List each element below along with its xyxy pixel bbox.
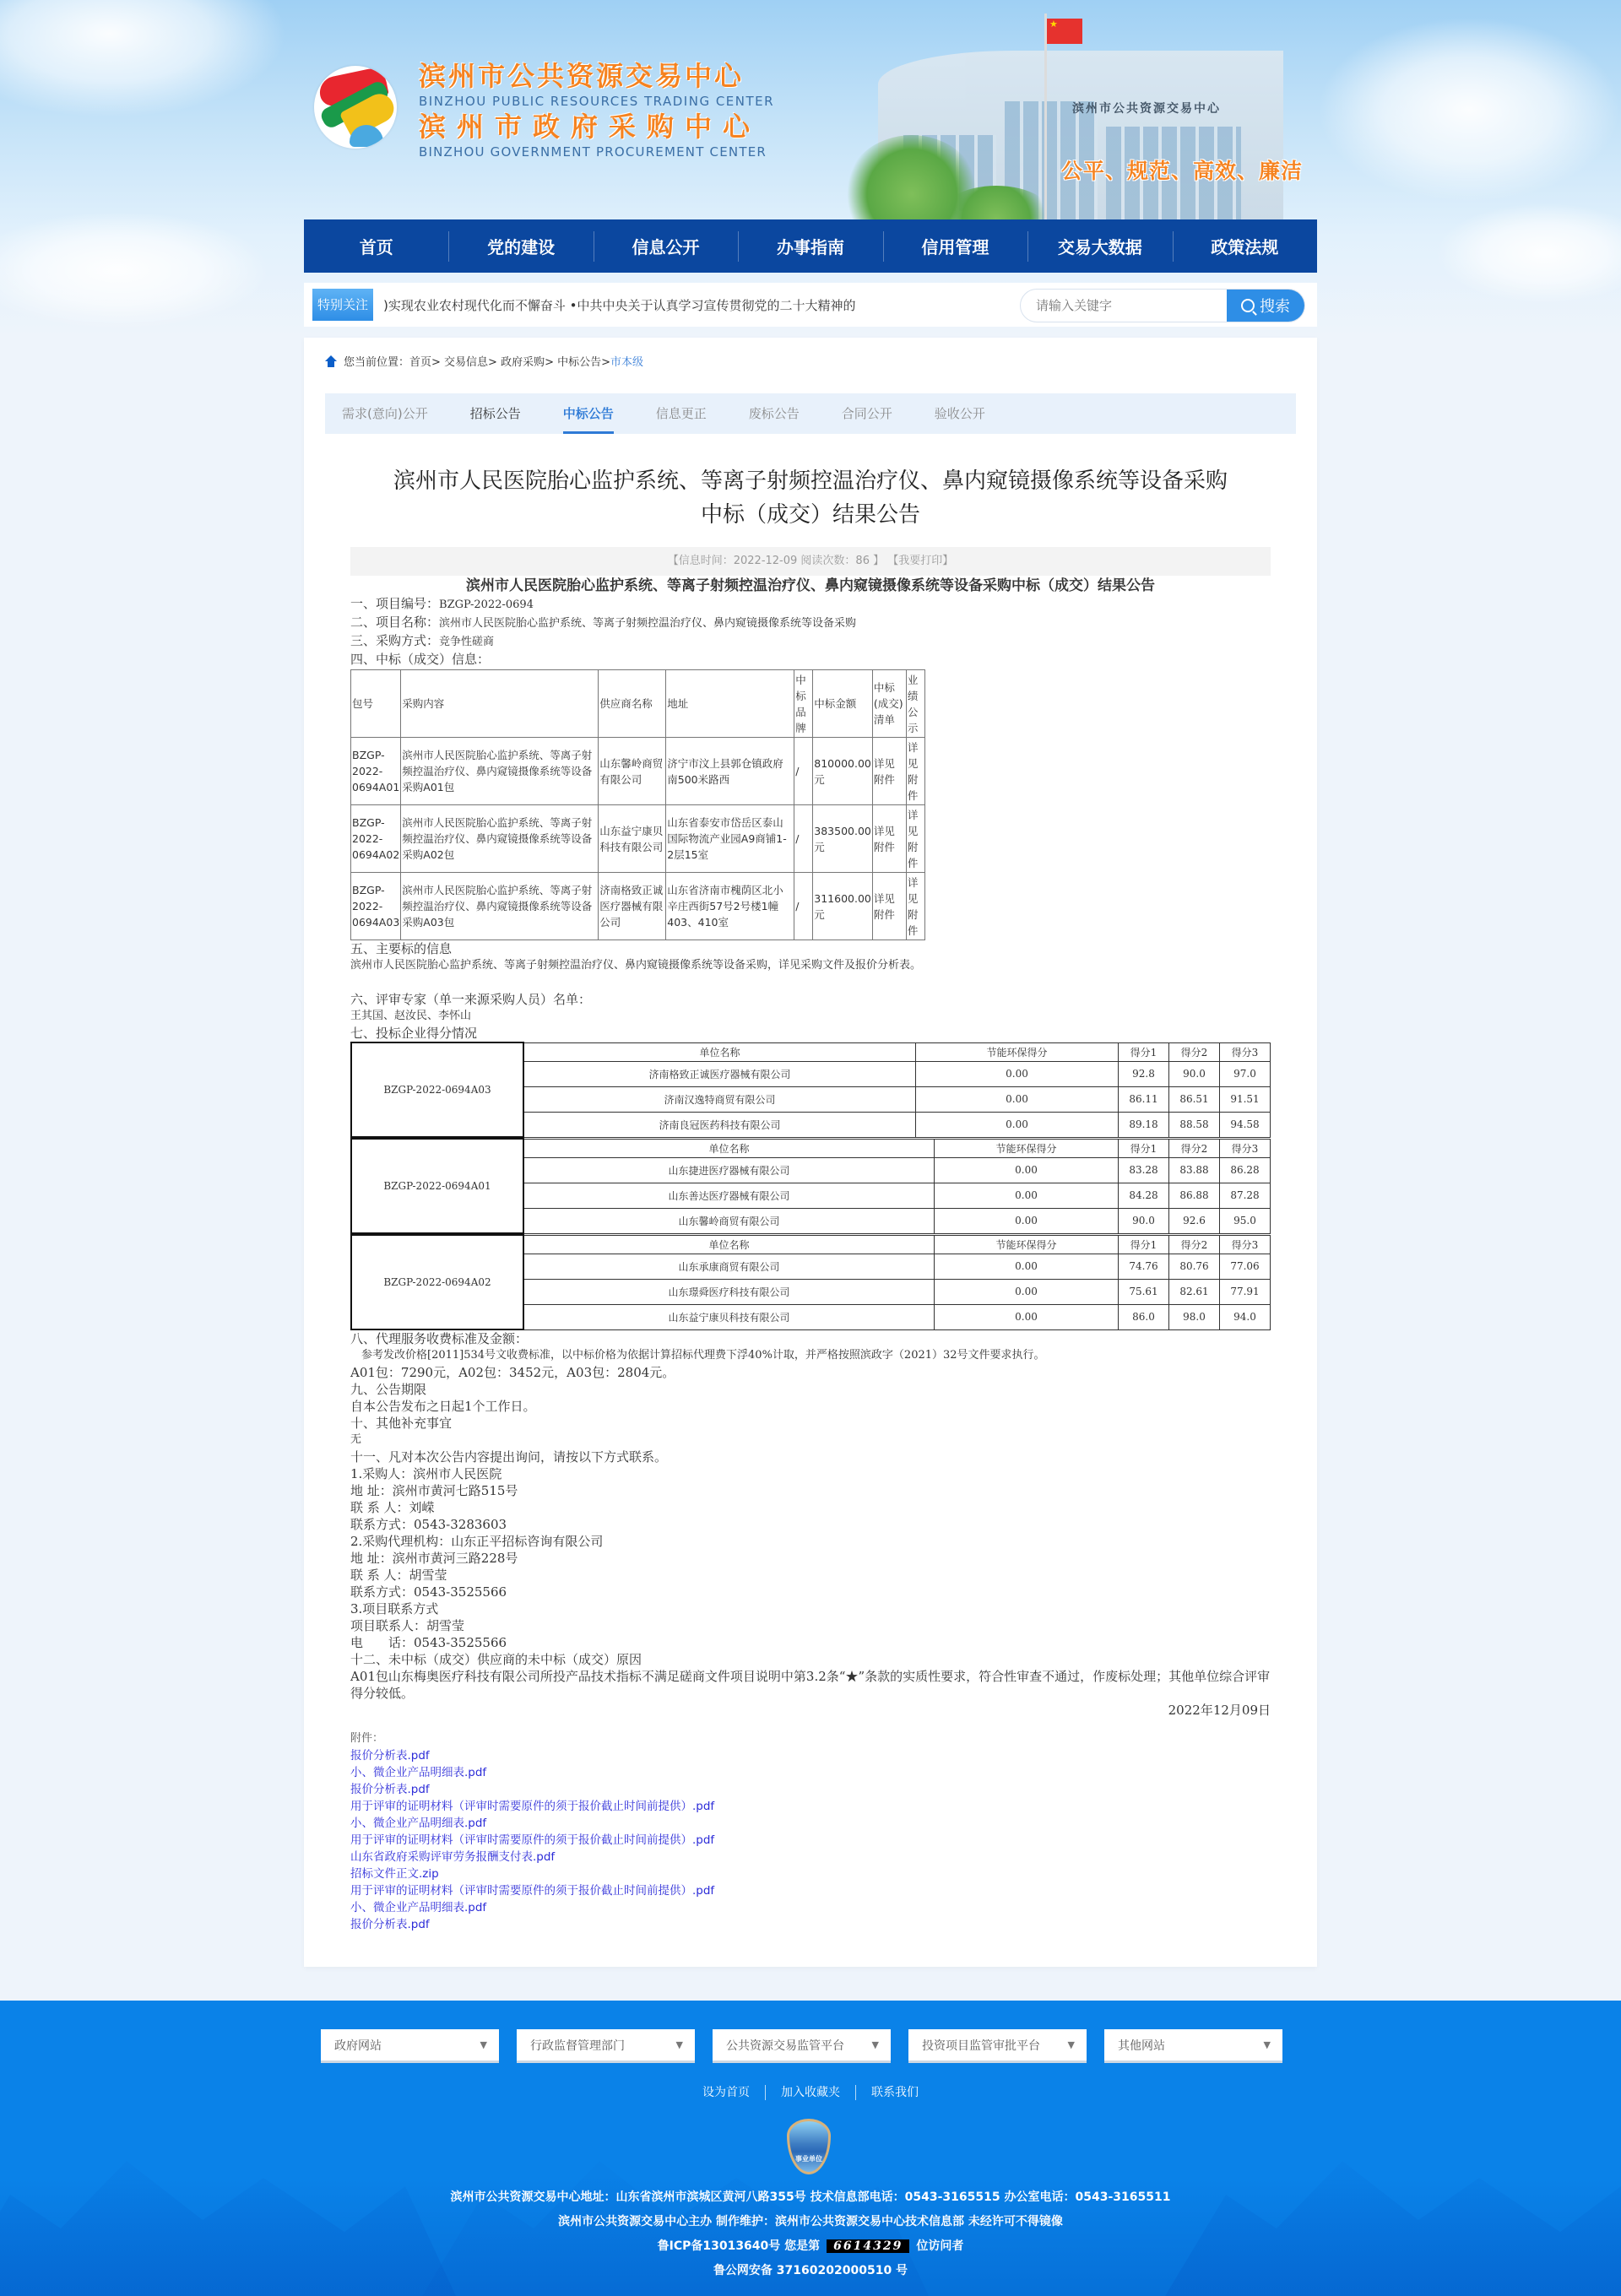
table-cell: 滨州市人民医院胎心监护系统、等离子射频控温治疗仪、鼻内窥镜摄像系统等设备采购A0…: [401, 873, 599, 940]
chevron-down-icon: ▼: [480, 2039, 487, 2050]
table-cell: 810000.00元: [813, 738, 873, 805]
nav-item-policy[interactable]: 政策法规: [1173, 219, 1317, 273]
tab-award-notice[interactable]: 中标公告: [563, 393, 614, 434]
table-cell: 86.51: [1169, 1086, 1220, 1112]
table-row: BZGP-2022-0694A02滨州市人民医院胎心监护系统、等离子射频控温治疗…: [351, 805, 925, 873]
table-cell: 0.00: [935, 1304, 1119, 1329]
table-cell: 98.0: [1169, 1304, 1220, 1329]
table-cell: 济南良冠医药科技有限公司: [523, 1112, 916, 1137]
col-header: 包号: [351, 670, 401, 738]
select-investment-approval[interactable]: 投资项目监管审批平台▼: [908, 2029, 1087, 2063]
table-cell: 83.28: [1119, 1157, 1169, 1183]
article-meta: 【信息时间：2022-12-09 阅读次数：86 】 【我要打印】: [350, 547, 1271, 576]
col-header: 单位名称: [523, 1235, 935, 1254]
section-label: 五、主要标的信息: [350, 940, 1271, 957]
table-cell: 济南格致正诚医疗器械有限公司: [599, 873, 666, 940]
nav-item-service-guide[interactable]: 办事指南: [738, 219, 882, 273]
table-cell: 86.88: [1169, 1183, 1220, 1208]
footer-sponsor: 滨州市公共资源交易中心主办 制作维护：滨州市公共资源交易中心技术信息部 未经许可…: [0, 2212, 1621, 2229]
table-cell: 山东益宁康贝科技有限公司: [599, 805, 666, 873]
table-cell: 山东馨岭商贸有限公司: [523, 1208, 935, 1233]
col-header: 得分2: [1169, 1139, 1220, 1157]
footer-links: 设为首页加入收藏夹联系我们: [0, 2083, 1621, 2100]
breadcrumb: 您当前位置： 首页> 交易信息> 政府采购> 中标公告> 市本级: [325, 353, 643, 369]
attachment-link[interactable]: 山东省政府采购评审劳务报酬支付表.pdf: [350, 1849, 1271, 1865]
table-cell: 84.28: [1119, 1183, 1169, 1208]
footer-link-selects: 政府网站▼ 行政监督管理部门▼ 公共资源交易监管平台▼ 投资项目监管审批平台▼ …: [321, 2029, 1282, 2063]
col-header: 节能环保得分: [916, 1042, 1119, 1061]
col-header: 节能环保得分: [935, 1139, 1119, 1157]
attachments: 附件： 报价分析表.pdf小、微企业产品明细表.pdf报价分析表.pdf用于评审…: [350, 1730, 1271, 1933]
table-cell: 75.61: [1119, 1279, 1169, 1304]
attachment-link[interactable]: 报价分析表.pdf: [350, 1747, 1271, 1764]
tab-tender-notice[interactable]: 招标公告: [470, 393, 521, 434]
contact-line: 项目联系人：胡雪莹: [350, 1617, 1271, 1634]
table-cell: 90.0: [1169, 1061, 1220, 1086]
select-supervision-depts[interactable]: 行政监督管理部门▼: [517, 2029, 695, 2063]
col-header: 得分3: [1220, 1042, 1271, 1061]
score-table: BZGP-2022-0694A03单位名称节能环保得分得分1得分2得分3济南格致…: [350, 1042, 1271, 1138]
table-cell: 0.00: [916, 1061, 1119, 1086]
table-cell: 山东捷进医疗器械有限公司: [523, 1157, 935, 1183]
table-cell: 0.00: [916, 1086, 1119, 1112]
table-cell: 95.0: [1220, 1208, 1271, 1233]
main-subject-info: 滨州市人民医院胎心监护系统、等离子射频控温治疗仪、鼻内窥镜摄像系统等设备采购，详…: [350, 957, 1271, 974]
section-label: 一、项目编号：: [350, 596, 439, 611]
table-cell: 详见附件: [872, 873, 906, 940]
tab-acceptance[interactable]: 验收公开: [935, 393, 985, 434]
table-cell: 87.28: [1220, 1183, 1271, 1208]
site-brand: 滨州市公共资源交易中心 BINZHOU PUBLIC RESOURCES TRA…: [419, 59, 774, 160]
contact-line: 联 系 人：胡雪莹: [350, 1567, 1271, 1584]
table-cell: 0.00: [916, 1112, 1119, 1137]
chevron-down-icon: ▼: [1068, 2039, 1075, 2050]
table-cell: /: [794, 805, 813, 873]
table-cell: 0.00: [935, 1183, 1119, 1208]
score-tables: BZGP-2022-0694A03单位名称节能环保得分得分1得分2得分3济南格致…: [350, 1042, 1271, 1330]
table-cell: 详见附件: [906, 738, 924, 805]
col-header: 单位名称: [523, 1042, 916, 1061]
table-cell: 77.06: [1220, 1254, 1271, 1279]
nav-item-party-building[interactable]: 党的建设: [448, 219, 593, 273]
section-label: 四、中标（成交）信息：: [350, 651, 1271, 668]
table-cell: 详见附件: [906, 873, 924, 940]
table-cell: /: [794, 873, 813, 940]
section-label: 十一、凡对本次公告内容提出询问，请按以下方式联系。: [350, 1449, 1271, 1465]
contact-line: 1.采购人：滨州市人民医院: [350, 1465, 1271, 1482]
org-name-cn-1: 滨州市公共资源交易中心: [419, 59, 774, 93]
footer-address: 滨州市公共资源交易中心地址：山东省滨州市滨城区黄河八路355号 技术信息部电话：…: [0, 2188, 1621, 2205]
table-cell: BZGP-2022-0694A03: [351, 873, 401, 940]
table-cell: 山东承康商贸有限公司: [523, 1254, 935, 1279]
table-row: BZGP-2022-0694A01滨州市人民医院胎心监护系统、等离子射频控温治疗…: [351, 738, 925, 805]
table-cell: 山东馨岭商贸有限公司: [599, 738, 666, 805]
agency-fee-standard: 参考发改价格[2011]534号文收费标准，以中标价格为依据计算招标代理费下浮4…: [350, 1347, 1271, 1364]
table-cell: 山东善达医疗器械有限公司: [523, 1183, 935, 1208]
chevron-down-icon: ▼: [872, 2039, 879, 2050]
icp-number[interactable]: 鲁ICP备13013640号 您是第: [658, 2239, 821, 2253]
table-cell: 山东璟舜医疗科技有限公司: [523, 1279, 935, 1304]
table-cell: 0.00: [935, 1157, 1119, 1183]
score-table: BZGP-2022-0694A02单位名称节能环保得分得分1得分2得分3山东承康…: [350, 1234, 1271, 1330]
attachment-link[interactable]: 小、微企业产品明细表.pdf: [350, 1764, 1271, 1781]
table-row: BZGP-2022-0694A03滨州市人民医院胎心监护系统、等离子射频控温治疗…: [351, 873, 925, 940]
select-label: 行政监督管理部门: [530, 2037, 625, 2054]
col-header: 得分2: [1169, 1235, 1220, 1254]
tab-correction[interactable]: 信息更正: [656, 393, 707, 434]
table-cell: 89.18: [1119, 1112, 1169, 1137]
col-header: 得分2: [1169, 1042, 1220, 1061]
search-input[interactable]: [1021, 290, 1227, 322]
package-number: BZGP-2022-0694A02: [351, 1235, 523, 1329]
contact-line: 联 系 人：刘嵘: [350, 1499, 1271, 1516]
attachment-link[interactable]: 用于评审的证明材料（评审时需要原件的须于报价截止时间前提供）.pdf: [350, 1798, 1271, 1815]
visitor-suffix: 位访问者: [916, 2239, 963, 2253]
tab-demand-disclosure[interactable]: 需求(意向)公开: [342, 393, 428, 434]
tab-failed-bid[interactable]: 废标公告: [749, 393, 800, 434]
table-header-row: 包号 采购内容 供应商名称 地址 中标品牌 中标金额 中标(成交)清单 业绩公示: [351, 670, 925, 738]
table-cell: BZGP-2022-0694A02: [351, 805, 401, 873]
table-cell: 83.88: [1169, 1157, 1220, 1183]
contact-info: 1.采购人：滨州市人民医院地 址：滨州市黄河七路515号联 系 人：刘嵘联系方式…: [350, 1465, 1271, 1651]
score-table: BZGP-2022-0694A01单位名称节能环保得分得分1得分2得分3山东捷进…: [350, 1138, 1271, 1234]
attachment-link[interactable]: 报价分析表.pdf: [350, 1916, 1271, 1933]
article-title-line1: 滨州市人民医院胎心监护系统、等离子射频控温治疗仪、鼻内窥镜摄像系统等设备采购: [355, 464, 1266, 498]
nav-item-info-disclosure[interactable]: 信息公开: [594, 219, 738, 273]
table-cell: 94.58: [1220, 1112, 1271, 1137]
nav-item-home[interactable]: 首页: [304, 219, 448, 273]
col-header: 中标品牌: [794, 670, 813, 738]
breadcrumb-current[interactable]: 市本级: [610, 353, 643, 369]
section-label: 三、采购方式：: [350, 633, 439, 648]
col-header: 得分3: [1220, 1139, 1271, 1157]
visitor-counter: 6614329: [827, 2239, 909, 2253]
building-sign: 滨州市公共资源交易中心: [1072, 100, 1221, 116]
table-cell: 82.61: [1169, 1279, 1220, 1304]
search-icon: [1241, 299, 1255, 312]
table-cell: 97.0: [1220, 1061, 1271, 1086]
search-button[interactable]: 搜索: [1227, 290, 1304, 322]
attachment-link[interactable]: 小、微企业产品明细表.pdf: [350, 1899, 1271, 1916]
chevron-down-icon: ▼: [676, 2039, 683, 2050]
select-gov-sites[interactable]: 政府网站▼: [321, 2029, 499, 2063]
section-label: 八、代理服务收费标准及金额：: [350, 1330, 1271, 1347]
public-institution-badge-icon[interactable]: 事业单位: [787, 2119, 831, 2174]
project-name: 滨州市人民医院胎心监护系统、等离子射频控温治疗仪、鼻内窥镜摄像系统等设备采购: [439, 617, 856, 630]
home-icon: [325, 355, 337, 367]
nav-item-big-data[interactable]: 交易大数据: [1027, 219, 1172, 273]
set-homepage-link[interactable]: 设为首页: [702, 2086, 750, 2099]
table-cell: 山东省济南市槐荫区北小辛庄西街57号2号楼1幢403、410室: [666, 873, 794, 940]
cloud-decoration: [0, 211, 270, 329]
notice-period: 自本公告发布之日起1个工作日。: [350, 1398, 1271, 1415]
col-header: 地址: [666, 670, 794, 738]
article-time-views: 【信息时间：2022-12-09 阅读次数：86 】: [668, 555, 884, 567]
col-header: 中标金额: [813, 670, 873, 738]
print-link[interactable]: 【我要打印】: [887, 555, 953, 567]
doc-heading: 滨州市人民医院胎心监护系统、等离子射频控温治疗仪、鼻内窥镜摄像系统等设备采购中标…: [350, 577, 1271, 595]
table-cell: 详见附件: [872, 805, 906, 873]
main-nav: 首页 党的建设 信息公开 办事指南 信用管理 交易大数据 政策法规: [304, 219, 1317, 273]
col-header: 得分1: [1119, 1042, 1169, 1061]
contact-line: 2.采购代理机构：山东正平招标咨询有限公司: [350, 1533, 1271, 1550]
select-label: 政府网站: [334, 2037, 382, 2054]
table-cell: 80.76: [1169, 1254, 1220, 1279]
contact-line: 地 址：滨州市黄河三路228号: [350, 1550, 1271, 1567]
section-label: 九、公告期限: [350, 1381, 1271, 1398]
breadcrumb-path[interactable]: 首页> 交易信息> 政府采购> 中标公告>: [409, 353, 610, 369]
table-cell: 91.51: [1220, 1086, 1271, 1112]
search-box: 搜索: [1020, 289, 1305, 322]
table-cell: BZGP-2022-0694A01: [351, 738, 401, 805]
table-cell: 94.0: [1220, 1304, 1271, 1329]
table-cell: 90.0: [1119, 1208, 1169, 1233]
package-number: BZGP-2022-0694A03: [351, 1042, 523, 1137]
contact-line: 联系方式：0543-3283603: [350, 1516, 1271, 1533]
org-name-en-1: BINZHOU PUBLIC RESOURCES TRADING CENTER: [419, 93, 774, 110]
section-label: 六、评审专家（单一来源采购人员）名单：: [350, 991, 1271, 1008]
col-header: 单位名称: [523, 1139, 935, 1157]
article-title-line2: 中标（成交）结果公告: [355, 498, 1266, 532]
cloud-decoration: [0, 0, 287, 118]
search-button-label: 搜索: [1260, 295, 1290, 317]
select-trading-supervision[interactable]: 公共资源交易监管平台▼: [713, 2029, 891, 2063]
flag-icon: [1047, 19, 1082, 44]
attachment-link[interactable]: 报价分析表.pdf: [350, 1781, 1271, 1798]
org-name-en-2: BINZHOU GOVERNMENT PROCUREMENT CENTER: [419, 143, 774, 160]
col-header: 中标(成交)清单: [872, 670, 906, 738]
table-cell: 311600.00元: [813, 873, 873, 940]
table-cell: 滨州市人民医院胎心监护系统、等离子射频控温治疗仪、鼻内窥镜摄像系统等设备采购A0…: [401, 738, 599, 805]
table-cell: 山东益宁康贝科技有限公司: [523, 1304, 935, 1329]
table-cell: 详见附件: [906, 805, 924, 873]
attachment-link[interactable]: 用于评审的证明材料（评审时需要原件的须于报价截止时间前提供）.pdf: [350, 1832, 1271, 1849]
table-cell: 山东省泰安市岱岳区泰山国际物流产业园A9商铺1-2层15室: [666, 805, 794, 873]
select-label: 公共资源交易监管平台: [726, 2037, 844, 2054]
table-cell: 济南汉逸特商贸有限公司: [523, 1086, 916, 1112]
col-header: 采购内容: [401, 670, 599, 738]
breadcrumb-prefix: 您当前位置：: [344, 353, 409, 369]
badge-label: 事业单位: [789, 2154, 828, 2163]
table-cell: 济宁市汶上县郭仓镇政府南500米路西: [666, 738, 794, 805]
package-number: BZGP-2022-0694A01: [351, 1139, 523, 1233]
contact-line: 3.项目联系方式: [350, 1600, 1271, 1617]
other-matters: 无: [350, 1432, 1271, 1449]
table-cell: /: [794, 738, 813, 805]
news-marquee[interactable]: )实现农业农村现代化而不懈奋斗 •中共中央关于认真学习宣传贯彻党的二十大精神的: [383, 296, 890, 314]
table-cell: 74.76: [1119, 1254, 1169, 1279]
select-label: 其他网站: [1118, 2037, 1165, 2054]
footer-police-record[interactable]: 鲁公网安备 37160202000510 号: [0, 2261, 1621, 2278]
table-cell: 92.6: [1169, 1208, 1220, 1233]
attachments-label: 附件：: [350, 1730, 1271, 1747]
col-header: 节能环保得分: [935, 1235, 1119, 1254]
contact-us-link[interactable]: 联系我们: [871, 2086, 919, 2099]
table-cell: 77.91: [1220, 1279, 1271, 1304]
slogan: 公平、规范、高效、廉洁: [1061, 154, 1303, 185]
table-cell: 86.11: [1119, 1086, 1169, 1112]
main-content: 您当前位置： 首页> 交易信息> 政府采购> 中标公告> 市本级 需求(意向)公…: [304, 338, 1317, 1967]
unsuccessful-reason: A01包山东梅奥医疗科技有限公司所投产品技术指标不满足磋商文件项目说明中第3.2…: [350, 1668, 1271, 1702]
attachment-link[interactable]: 小、微企业产品明细表.pdf: [350, 1815, 1271, 1832]
notice-bar: 特别关注 )实现农业农村现代化而不懈奋斗 •中共中央关于认真学习宣传贯彻党的二十…: [304, 283, 1317, 327]
org-name-cn-2: 滨州市政府采购中心: [419, 110, 774, 143]
category-tabs: 需求(意向)公开 招标公告 中标公告 信息更正 废标公告 合同公开 验收公开: [325, 393, 1296, 434]
select-other-sites[interactable]: 其他网站▼: [1104, 2029, 1282, 2063]
agency-fee-amounts: A01包：7290元，A02包：3452元，A03包：2804元。: [350, 1364, 1271, 1381]
table-cell: 滨州市人民医院胎心监护系统、等离子射频控温治疗仪、鼻内窥镜摄像系统等设备采购A0…: [401, 805, 599, 873]
col-header: 得分1: [1119, 1139, 1169, 1157]
award-table: 包号 采购内容 供应商名称 地址 中标品牌 中标金额 中标(成交)清单 业绩公示…: [350, 669, 925, 940]
contact-line: 联系方式：0543-3525566: [350, 1584, 1271, 1600]
attachment-link[interactable]: 用于评审的证明材料（评审时需要原件的须于报价截止时间前提供）.pdf: [350, 1882, 1271, 1899]
table-cell: 383500.00元: [813, 805, 873, 873]
attachment-link[interactable]: 招标文件正文.zip: [350, 1865, 1271, 1882]
site-logo[interactable]: [314, 66, 397, 149]
section-label: 七、投标企业得分情况: [350, 1025, 1271, 1042]
table-cell: 0.00: [935, 1279, 1119, 1304]
table-cell: 0.00: [935, 1254, 1119, 1279]
article-body: 滨州市人民医院胎心监护系统、等离子射频控温治疗仪、鼻内窥镜摄像系统等设备采购中标…: [350, 577, 1271, 1933]
col-header: 得分1: [1119, 1235, 1169, 1254]
contact-line: 地 址：滨州市黄河七路515号: [350, 1482, 1271, 1499]
table-cell: 86.28: [1220, 1157, 1271, 1183]
table-cell: 0.00: [935, 1208, 1119, 1233]
publish-date: 2022年12月09日: [350, 1702, 1271, 1719]
col-header: 业绩公示: [906, 670, 924, 738]
table-cell: 济南格致正诚医疗器械有限公司: [523, 1061, 916, 1086]
flagpole: [1044, 14, 1047, 225]
expert-list: 王其国、赵汝民、李怀山: [350, 1008, 1271, 1025]
select-label: 投资项目监管审批平台: [922, 2037, 1040, 2054]
section-label: 十二、未中标（成交）供应商的未中标（成交）原因: [350, 1651, 1271, 1668]
special-focus-tag: 特别关注: [312, 289, 373, 321]
nav-item-credit[interactable]: 信用管理: [883, 219, 1027, 273]
table-cell: 详见附件: [872, 738, 906, 805]
table-cell: 86.0: [1119, 1304, 1169, 1329]
chevron-down-icon: ▼: [1264, 2039, 1271, 2050]
project-number: BZGP-2022-0694: [439, 598, 534, 611]
contact-line: 电 话：0543-3525566: [350, 1634, 1271, 1651]
section-label: 二、项目名称：: [350, 615, 439, 630]
footer-icp: 鲁ICP备13013640号 您是第6614329位访问者: [0, 2237, 1621, 2254]
footer: 政府网站▼ 行政监督管理部门▼ 公共资源交易监管平台▼ 投资项目监管审批平台▼ …: [0, 2001, 1621, 2296]
section-label: 十、其他补充事宜: [350, 1415, 1271, 1432]
table-cell: 88.58: [1169, 1112, 1220, 1137]
article-title: 滨州市人民医院胎心监护系统、等离子射频控温治疗仪、鼻内窥镜摄像系统等设备采购 中…: [355, 464, 1266, 532]
add-favorite-link[interactable]: 加入收藏夹: [781, 2086, 840, 2099]
cloud-decoration: [1317, 17, 1621, 203]
col-header: 供应商名称: [599, 670, 666, 738]
cloud-decoration: [1435, 203, 1621, 304]
table-cell: 92.8: [1119, 1061, 1169, 1086]
tab-contract[interactable]: 合同公开: [842, 393, 892, 434]
col-header: 得分3: [1220, 1235, 1271, 1254]
procurement-method: 竞争性磋商: [439, 636, 494, 648]
